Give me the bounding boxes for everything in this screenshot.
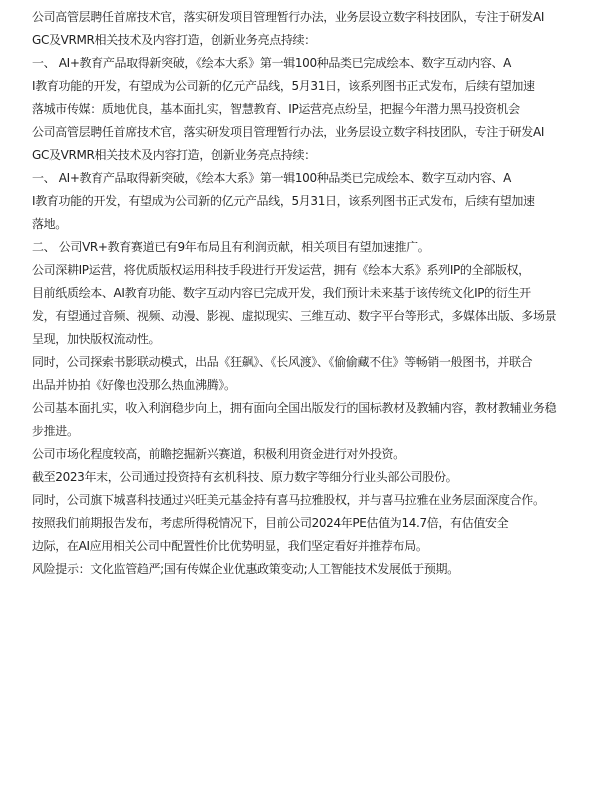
text-line: 目前纸质绘本、AI教育功能、数字互动内容已完成开发，我们预计未来基于该传统文化I… [32, 282, 582, 305]
text-line: 公司深耕IP运营，将优质版权运用科技手段进行开发运营，拥有《绘本大系》系列IP的… [32, 259, 582, 282]
text-line: 一、 AI+教育产品取得新突破，《绘本大系》第一辑100种品类已完成绘本、数字互… [32, 52, 582, 75]
text-line: 同时，公司探索书影联动模式，出品《狂飙》、《长风渡》、《偷偷藏不住》等畅销一般图… [32, 351, 582, 374]
text-line: 一、 AI+教育产品取得新突破，《绘本大系》第一辑100种品类已完成绘本、数字互… [32, 167, 582, 190]
text-line: 发，有望通过音频、视频、动漫、影视、虚拟现实、三维互动、数字平台等形式，多媒体出… [32, 305, 582, 328]
document-body: 公司高管层聘任首席技术官，落实研发项目管理暂行办法，业务层设立数字科技团队，专注… [32, 6, 582, 581]
text-line: 出品并协拍《好像也没那么热血沸腾》。 [32, 374, 582, 397]
text-line: GC及VRMR相关技术及内容打造，创新业务亮点持续： [32, 144, 582, 167]
text-line: 公司高管层聘任首席技术官，落实研发项目管理暂行办法，业务层设立数字科技团队，专注… [32, 6, 582, 29]
text-line: 边际，在AI应用相关公司中配置性价比优势明显，我们坚定看好并推荐布局。 [32, 535, 582, 558]
text-line: GC及VRMR相关技术及内容打造，创新业务亮点持续： [32, 29, 582, 52]
section-heading: 二、 公司VR+教育赛道已有9年布局且有利润贡献，相关项目有望加速推广。 [32, 236, 582, 259]
text-line: 公司高管层聘任首席技术官，落实研发项目管理暂行办法，业务层设立数字科技团队，专注… [32, 121, 582, 144]
text-line: 按照我们前期报告发布，考虑所得税情况下，目前公司2024年PE估值为14.7倍，… [32, 512, 582, 535]
text-line: 呈现，加快版权流动性。 [32, 328, 582, 351]
text-line: 公司基本面扎实，收入利润稳步向上，拥有面向全国出版发行的国标教材及教辅内容，教材… [32, 397, 582, 420]
text-line: 同时，公司旗下城喜科技通过兴旺美元基金持有喜马拉雅股权，并与喜马拉雅在业务层面深… [32, 489, 582, 512]
text-line: I教育功能的开发，有望成为公司新的亿元产品线，5月31日，该系列图书正式发布，后… [32, 190, 582, 213]
risk-warning: 风险提示：文化监管趋严;国有传媒企业优惠政策变动;人工智能技术发展低于预期。 [32, 558, 582, 581]
text-line: I教育功能的开发，有望成为公司新的亿元产品线，5月31日，该系列图书正式发布，后… [32, 75, 582, 98]
text-line: 截至2023年末，公司通过投资持有玄机科技、原力数字等细分行业头部公司股份。 [32, 466, 582, 489]
text-line: 落城市传媒：质地优良，基本面扎实，智慧教育、IP运营亮点纷呈，把握今年潜力黑马投… [32, 98, 582, 121]
text-line: 公司市场化程度较高，前瞻挖掘新兴赛道，积极利用资金进行对外投资。 [32, 443, 582, 466]
text-line: 落地。 [32, 213, 582, 236]
text-line: 步推进。 [32, 420, 582, 443]
